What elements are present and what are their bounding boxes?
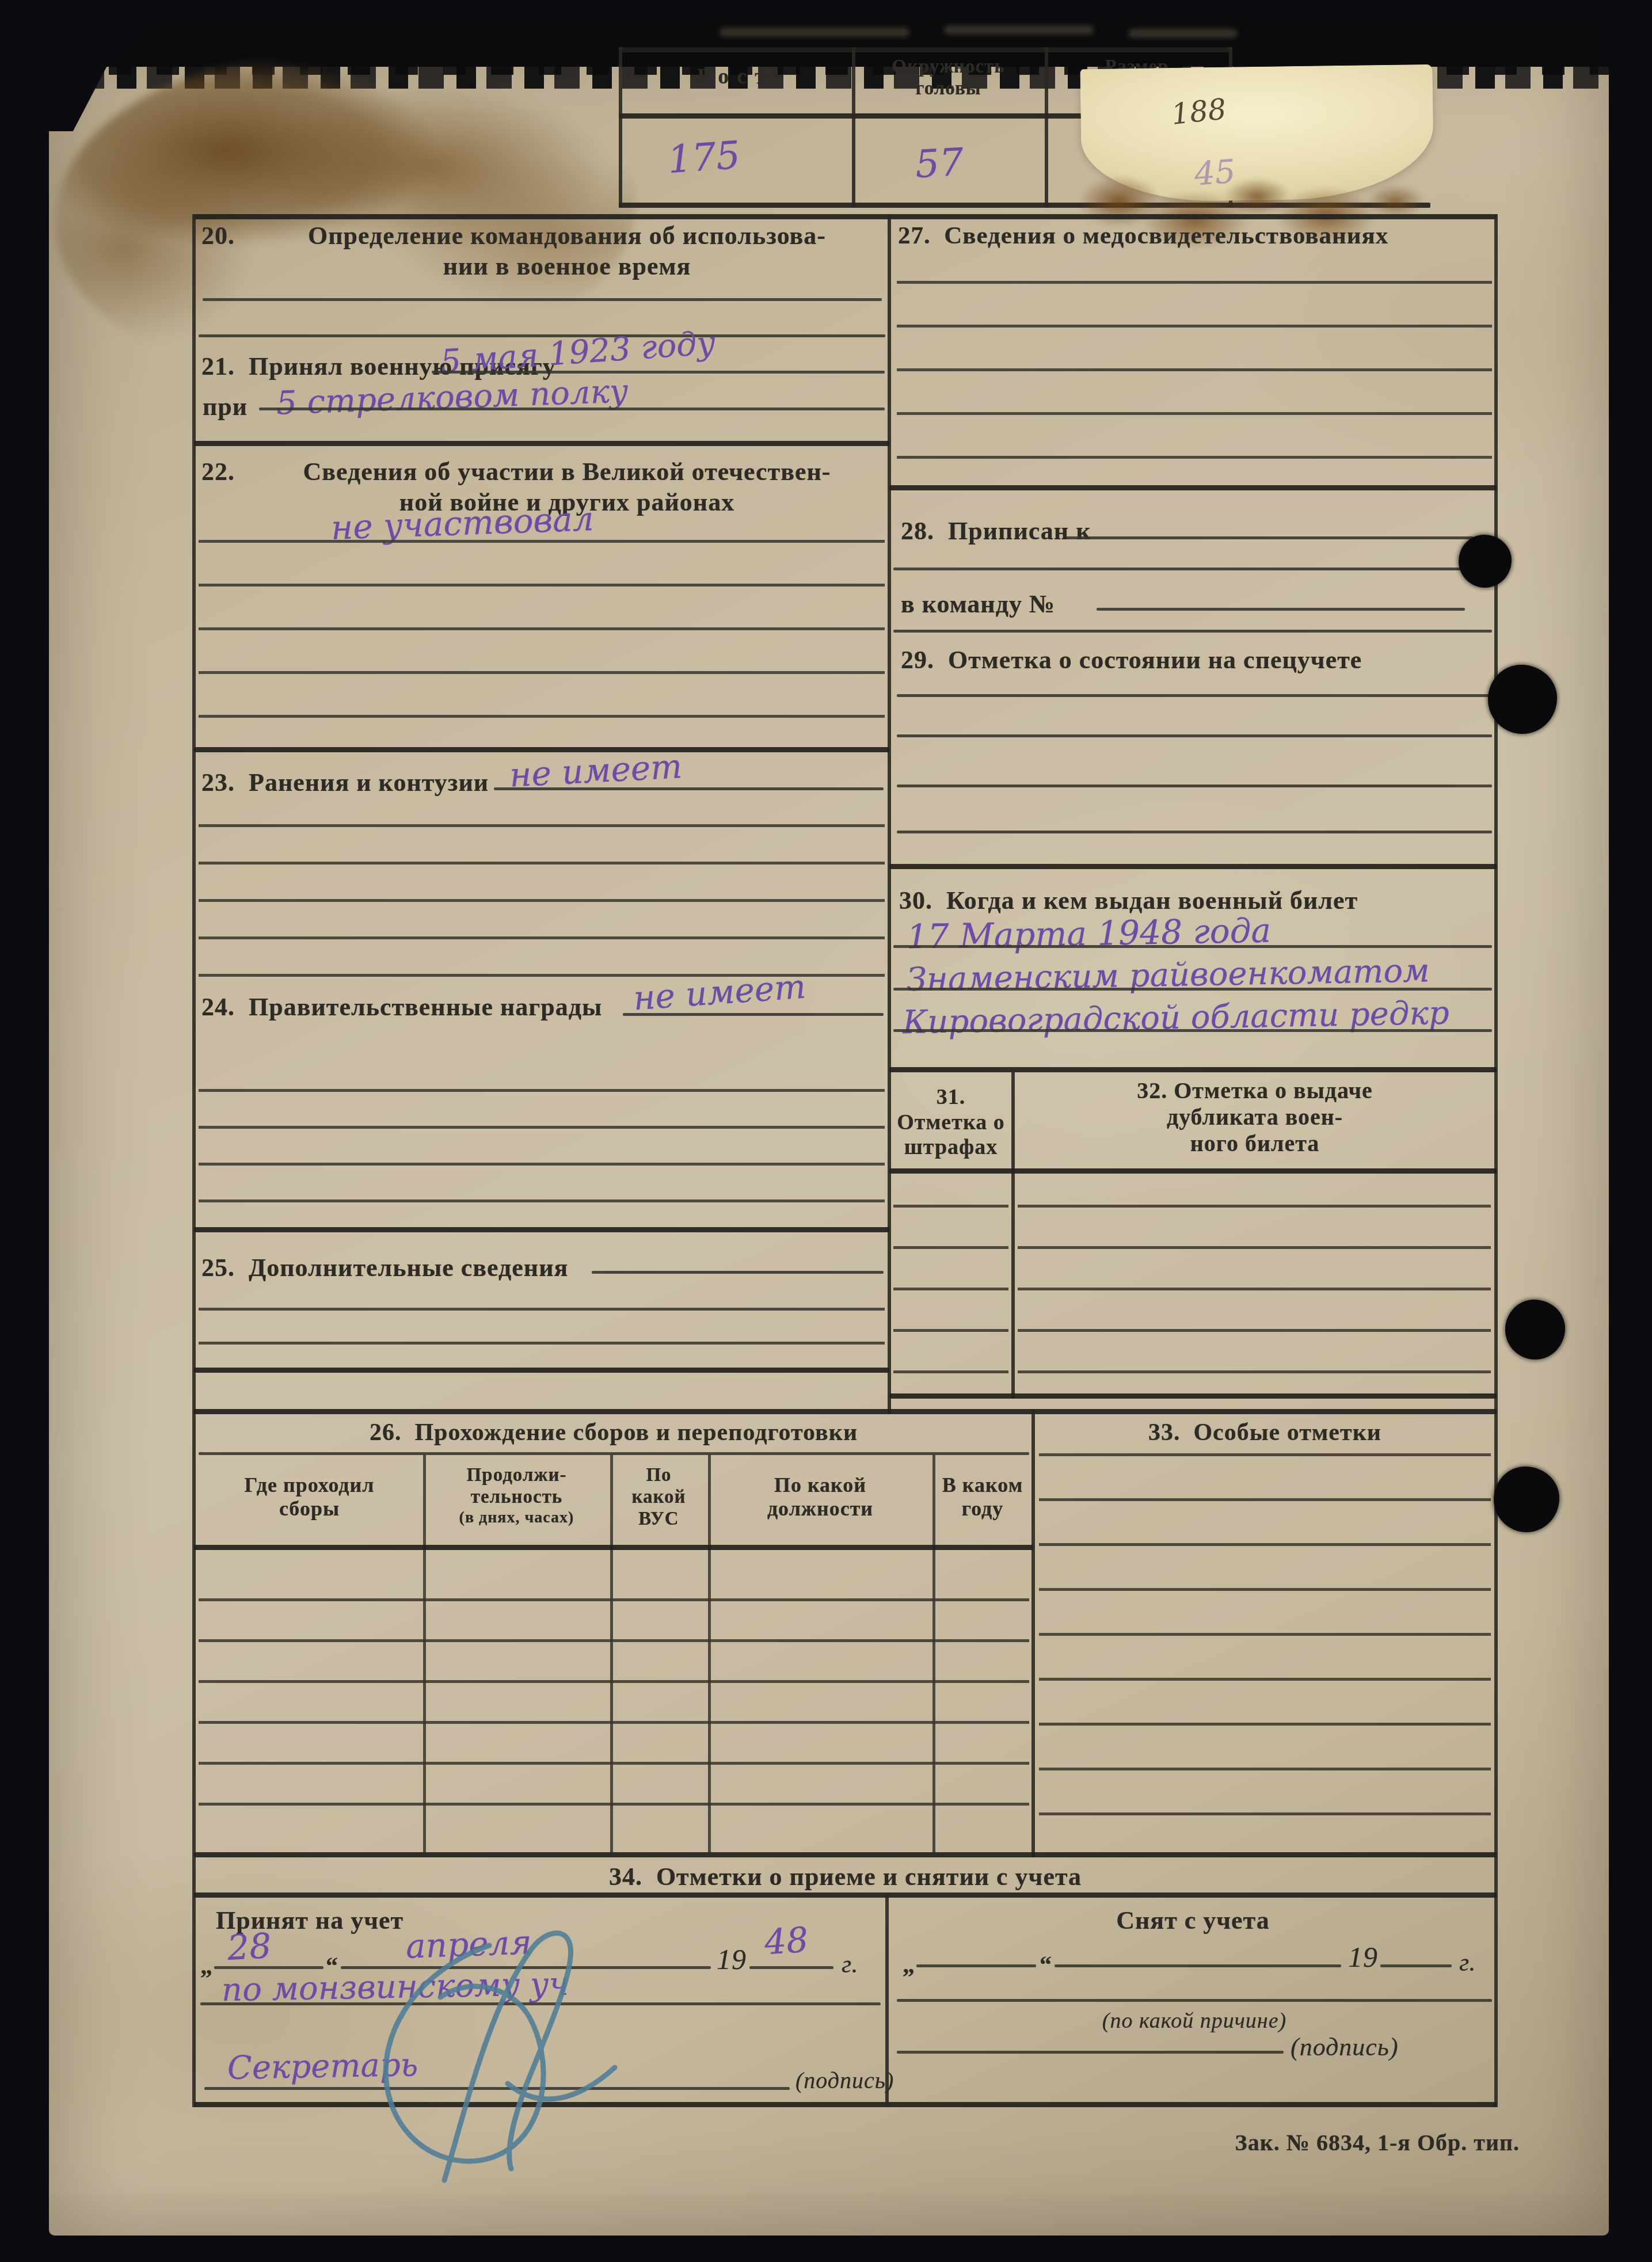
fill-line — [916, 1964, 1036, 1967]
section-22-number: 22. — [201, 458, 235, 487]
accepted-day-value: 28 — [226, 1926, 272, 1968]
scanned-military-registration-card: { "measurements": { "columns": [["Рост"]… — [0, 0, 1652, 2262]
head-circumference-value: 57 — [914, 140, 965, 186]
fill-line — [1097, 608, 1465, 611]
year-prefix: 19 — [1348, 1941, 1378, 1974]
col-header-where: Где проходилсборы — [199, 1473, 420, 1521]
form-border-right — [1494, 214, 1498, 2107]
ruled-line — [897, 831, 1492, 833]
column-divider — [1011, 1072, 1015, 1399]
quote-mark: “ — [1040, 1951, 1052, 1979]
section-24-label: 24. Правительственные награды — [201, 993, 602, 1022]
col-header-position: По какойдолжности — [711, 1473, 930, 1521]
signature-caption: (подпись) — [795, 2067, 894, 2094]
section-20-title: Определение командования об использова- — [248, 222, 886, 251]
section-divider — [194, 1892, 1497, 1898]
fill-line — [1066, 536, 1474, 539]
year-prefix: 19 — [717, 1943, 747, 1977]
table-border — [199, 1452, 1029, 1455]
year-suffix: г. — [1459, 1948, 1476, 1978]
signature-caption: (подпись) — [1291, 2033, 1399, 2062]
section-28-label2: в команду № — [901, 590, 1055, 619]
fill-line — [1380, 1964, 1452, 1967]
table-row-lines — [1018, 1166, 1491, 1373]
ruled-line — [893, 988, 1492, 991]
section-30-title: 30. Когда и кем выдан военный билет — [899, 886, 1358, 916]
section-20-number: 20. — [201, 222, 235, 251]
punch-hole — [1505, 1300, 1565, 1360]
year-suffix: г. — [842, 1950, 859, 1979]
faded-header-text-remnant — [1128, 29, 1238, 38]
column-divider — [1031, 1409, 1035, 1857]
signature-line — [897, 2051, 1284, 2054]
ruled-lines — [199, 499, 885, 718]
section-22-title: Сведения об участии в Великой отечествен… — [248, 458, 886, 487]
fill-line — [259, 408, 885, 410]
faded-header-text-remnant — [720, 28, 909, 37]
section-32-title: 32. Отметка о выдаче дубликата воен- ног… — [1016, 1077, 1494, 1157]
section-divider — [889, 1393, 1497, 1399]
col-header-duration: Продолжи-тельность (в днях, часах) — [426, 1465, 607, 1527]
accepted-year-value: 48 — [763, 1920, 810, 1963]
quote-mark: „ — [200, 1952, 213, 1980]
ruled-line — [893, 630, 1492, 633]
faded-header-text-remnant — [944, 25, 1094, 35]
ruled-lines — [199, 1277, 885, 1345]
section-20-title: нии в военное время — [248, 252, 886, 281]
table-row-lines — [199, 1560, 1029, 1806]
column-divider — [888, 214, 891, 1414]
form-border-left — [192, 214, 196, 2107]
reason-caption: (по какой причине) — [898, 2009, 1491, 2034]
ruled-line — [893, 1029, 1492, 1032]
table-header-border — [194, 1545, 1033, 1550]
fill-line — [432, 371, 885, 374]
section-divider — [194, 1852, 1497, 1857]
print-shop-imprint: Зак. № 6834, 1-я Обр. тип. — [1157, 2130, 1520, 2156]
ruled-line — [897, 694, 1492, 697]
section-divider — [889, 485, 1497, 490]
punch-hole — [1459, 535, 1512, 588]
form-border-top — [194, 214, 1497, 219]
punch-hole — [1488, 665, 1557, 734]
section-divider — [194, 1227, 889, 1232]
fill-line — [1055, 1964, 1341, 1967]
section-26-title: 26. Прохождение сборов и переподготовки — [194, 1419, 1033, 1446]
punch-hole — [1494, 1467, 1559, 1532]
ruled-lines — [897, 240, 1492, 459]
removed-header: Снят с учета — [889, 1906, 1497, 1936]
section-divider — [194, 747, 889, 752]
ruled-lines — [199, 790, 885, 977]
column-header-height: Рост — [619, 64, 852, 90]
ticket-issue-date-value: 17 Марта 1948 года — [906, 911, 1271, 956]
ruled-line — [897, 734, 1492, 737]
ruled-lines — [1039, 1411, 1491, 1815]
column-header-head-circumference: Окружностьголовы — [852, 56, 1045, 100]
table-border — [619, 47, 1232, 52]
ruled-line — [897, 1999, 1492, 2002]
section-34-title: 34. Отметки о приеме и снятии с учета — [194, 1863, 1497, 1892]
table-row-lines — [893, 1166, 1008, 1373]
ruled-line — [897, 785, 1492, 787]
section-31-title: 31. Отметка о штрафах — [891, 1085, 1011, 1160]
section-29-title: 29. Отметка о состоянии на спецучете — [901, 646, 1362, 675]
fill-line — [749, 1966, 833, 1969]
section-divider — [194, 441, 889, 446]
height-value: 175 — [666, 133, 741, 182]
fill-line — [623, 1013, 884, 1016]
section-divider — [889, 864, 1497, 869]
section-divider — [194, 1368, 889, 1373]
section-21-label2: при — [203, 393, 248, 422]
stain-note-value: 188 — [1170, 92, 1228, 131]
ruled-line — [893, 568, 1492, 570]
signature — [299, 1911, 633, 2181]
fill-line — [592, 1271, 884, 1274]
quote-mark: „ — [903, 1951, 915, 1979]
ruled-line — [893, 945, 1492, 948]
col-header-vus: ПокакойВУС — [611, 1465, 706, 1530]
col-header-year: В какомгоду — [934, 1473, 1031, 1521]
section-28-label: 28. Приписан к — [901, 517, 1091, 546]
ruled-lines — [199, 1055, 885, 1202]
section-divider — [889, 1067, 1497, 1072]
ruled-line — [203, 298, 882, 301]
